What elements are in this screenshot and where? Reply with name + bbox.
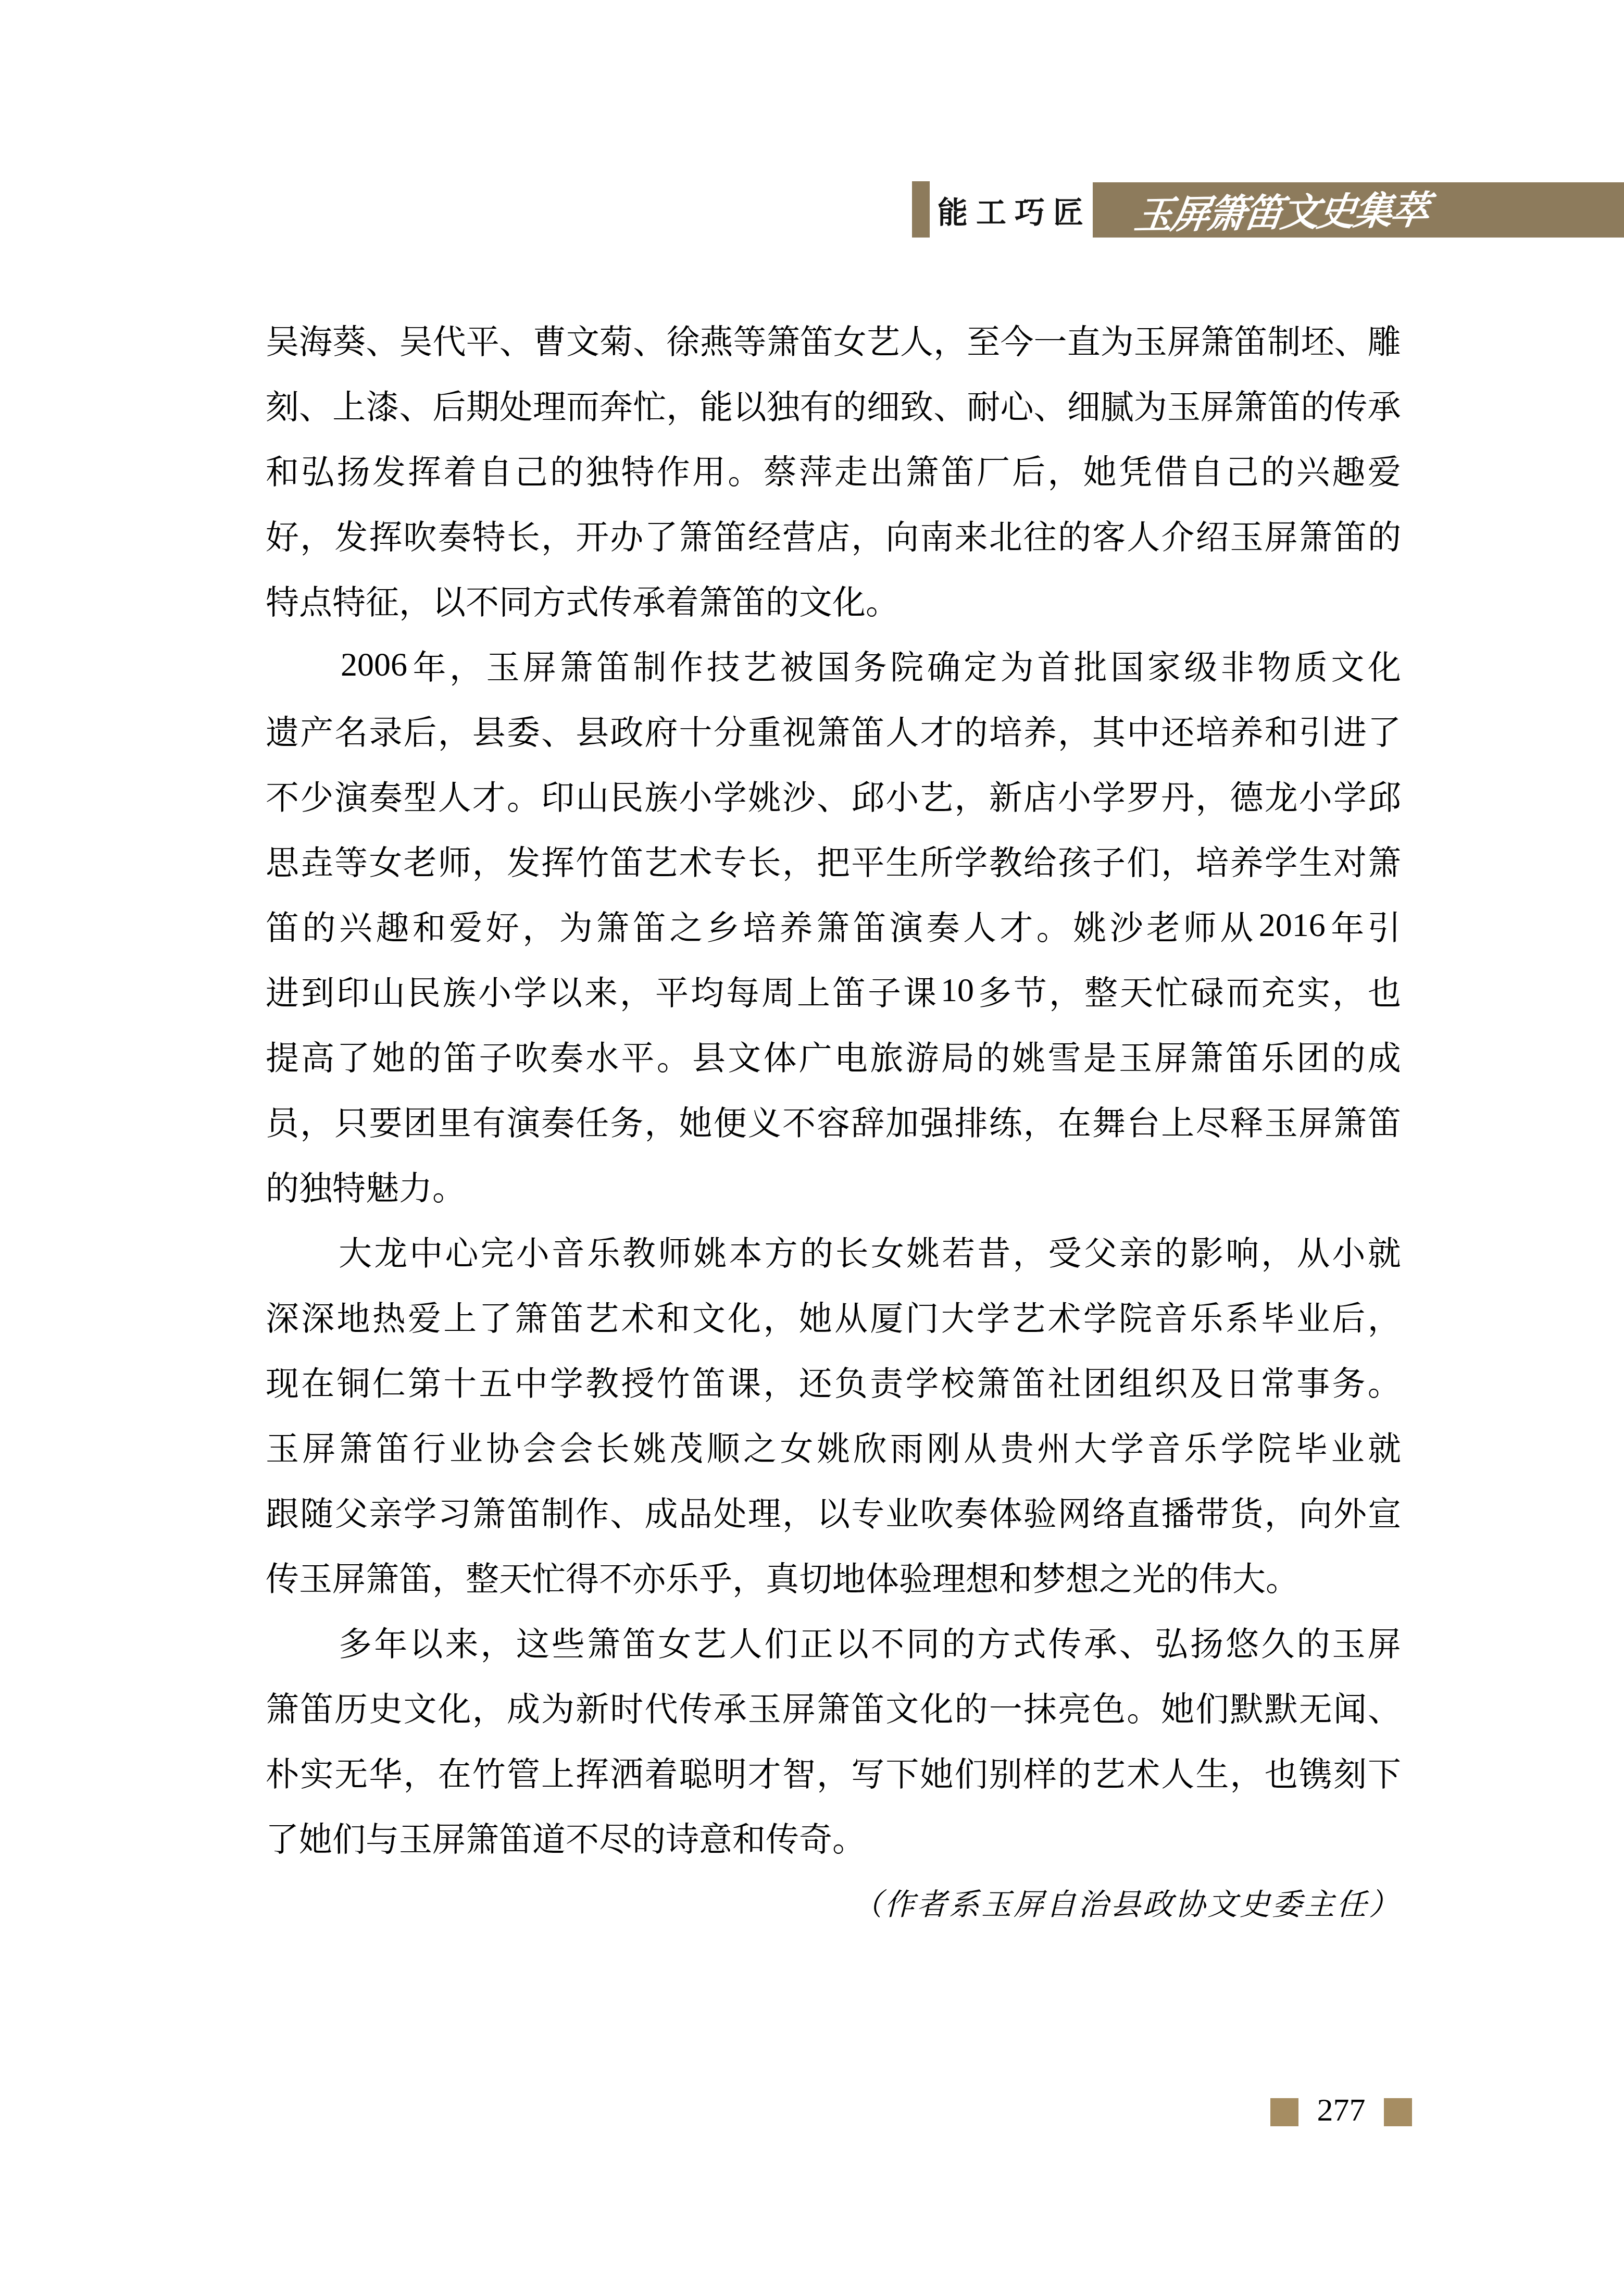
text-line: 的独特魅力。 (266, 1153, 1401, 1218)
text-line: 玉屏箫笛行业协会会长姚茂顺之女姚欣雨刚从贵州大学音乐学院毕业就 (266, 1413, 1401, 1478)
text-line: 和弘扬发挥着自己的独特作用。蔡萍走出箫笛厂后，她凭借自己的兴趣爱 (266, 437, 1401, 502)
page-number-marker-left (1270, 2098, 1298, 2126)
text-line: 好，发挥吹奏特长，开办了箫笛经营店，向南来北往的客人介绍玉屏箫笛的 (266, 502, 1401, 567)
page-number-marker-right (1384, 2098, 1412, 2126)
attribution-line: （作者系玉屏自治县政协文史委主任） (266, 1869, 1401, 1934)
body-text: 吴海葵、吴代平、曹文菊、徐燕等箫笛女艺人，至今一直为玉屏箫笛制坯、雕刻、上漆、后… (266, 306, 1401, 1934)
text-line: 吴海葵、吴代平、曹文菊、徐燕等箫笛女艺人，至今一直为玉屏箫笛制坯、雕 (266, 306, 1401, 371)
header-banner-title: 玉屏箫笛文史集萃 (1132, 180, 1431, 240)
book-page: 能工巧匠 玉屏箫笛文史集萃 吴海葵、吴代平、曹文菊、徐燕等箫笛女艺人，至今一直为… (0, 0, 1624, 2269)
text-line: 思垚等女老师，发挥竹笛艺术专长，把平生所学教给孩子们，培养学生对箫 (266, 827, 1401, 892)
text-line: 了她们与玉屏箫笛道不尽的诗意和传奇。 (266, 1804, 1401, 1869)
text-line: 笛的兴趣和爱好，为箫笛之乡培养箫笛演奏人才。姚沙老师从2016年引 (266, 892, 1401, 957)
text-line: 2006年，玉屏箫笛制作技艺被国务院确定为首批国家级非物质文化 (266, 632, 1401, 697)
header-section-title: 能工巧匠 (938, 182, 1092, 238)
header-banner: 玉屏箫笛文史集萃 (1093, 182, 1624, 238)
text-line: 遗产名录后，县委、县政府十分重视箫笛人才的培养，其中还培养和引进了 (266, 697, 1401, 762)
text-line: 跟随父亲学习箫笛制作、成品处理，以专业吹奏体验网络直播带货，向外宣 (266, 1478, 1401, 1543)
page-number: 277 (1298, 2092, 1384, 2128)
text-line: 刻、上漆、后期处理而奔忙，能以独有的细致、耐心、细腻为玉屏箫笛的传承 (266, 371, 1401, 437)
text-line: 进到印山民族小学以来，平均每周上笛子课10多节，整天忙碌而充实，也 (266, 957, 1401, 1023)
text-line: 朴实无华，在竹管上挥洒着聪明才智，写下她们别样的艺术人生，也镌刻下 (266, 1739, 1401, 1804)
text-line: 多年以来，这些箫笛女艺人们正以不同的方式传承、弘扬悠久的玉屏 (266, 1609, 1401, 1674)
text-line: 深深地热爱上了箫笛艺术和文化，她从厦门大学艺术学院音乐系毕业后， (266, 1283, 1401, 1348)
header-accent-bar (912, 181, 930, 238)
text-line: 现在铜仁第十五中学教授竹笛课，还负责学校箫笛社团组织及日常事务。 (266, 1348, 1401, 1413)
text-line: 特点特征，以不同方式传承着箫笛的文化。 (266, 567, 1401, 632)
text-line: 大龙中心完小音乐教师姚本方的长女姚若昔，受父亲的影响，从小就 (266, 1218, 1401, 1283)
text-line: 员，只要团里有演奏任务，她便义不容辞加强排练，在舞台上尽释玉屏箫笛 (266, 1088, 1401, 1153)
text-line: 提高了她的笛子吹奏水平。县文体广电旅游局的姚雪是玉屏箫笛乐团的成 (266, 1023, 1401, 1088)
text-line: 不少演奏型人才。印山民族小学姚沙、邱小艺，新店小学罗丹，德龙小学邱 (266, 762, 1401, 827)
text-line: 传玉屏箫笛，整天忙得不亦乐乎，真切地体验理想和梦想之光的伟大。 (266, 1543, 1401, 1609)
text-line: 箫笛历史文化，成为新时代传承玉屏箫笛文化的一抹亮色。她们默默无闻、 (266, 1674, 1401, 1739)
